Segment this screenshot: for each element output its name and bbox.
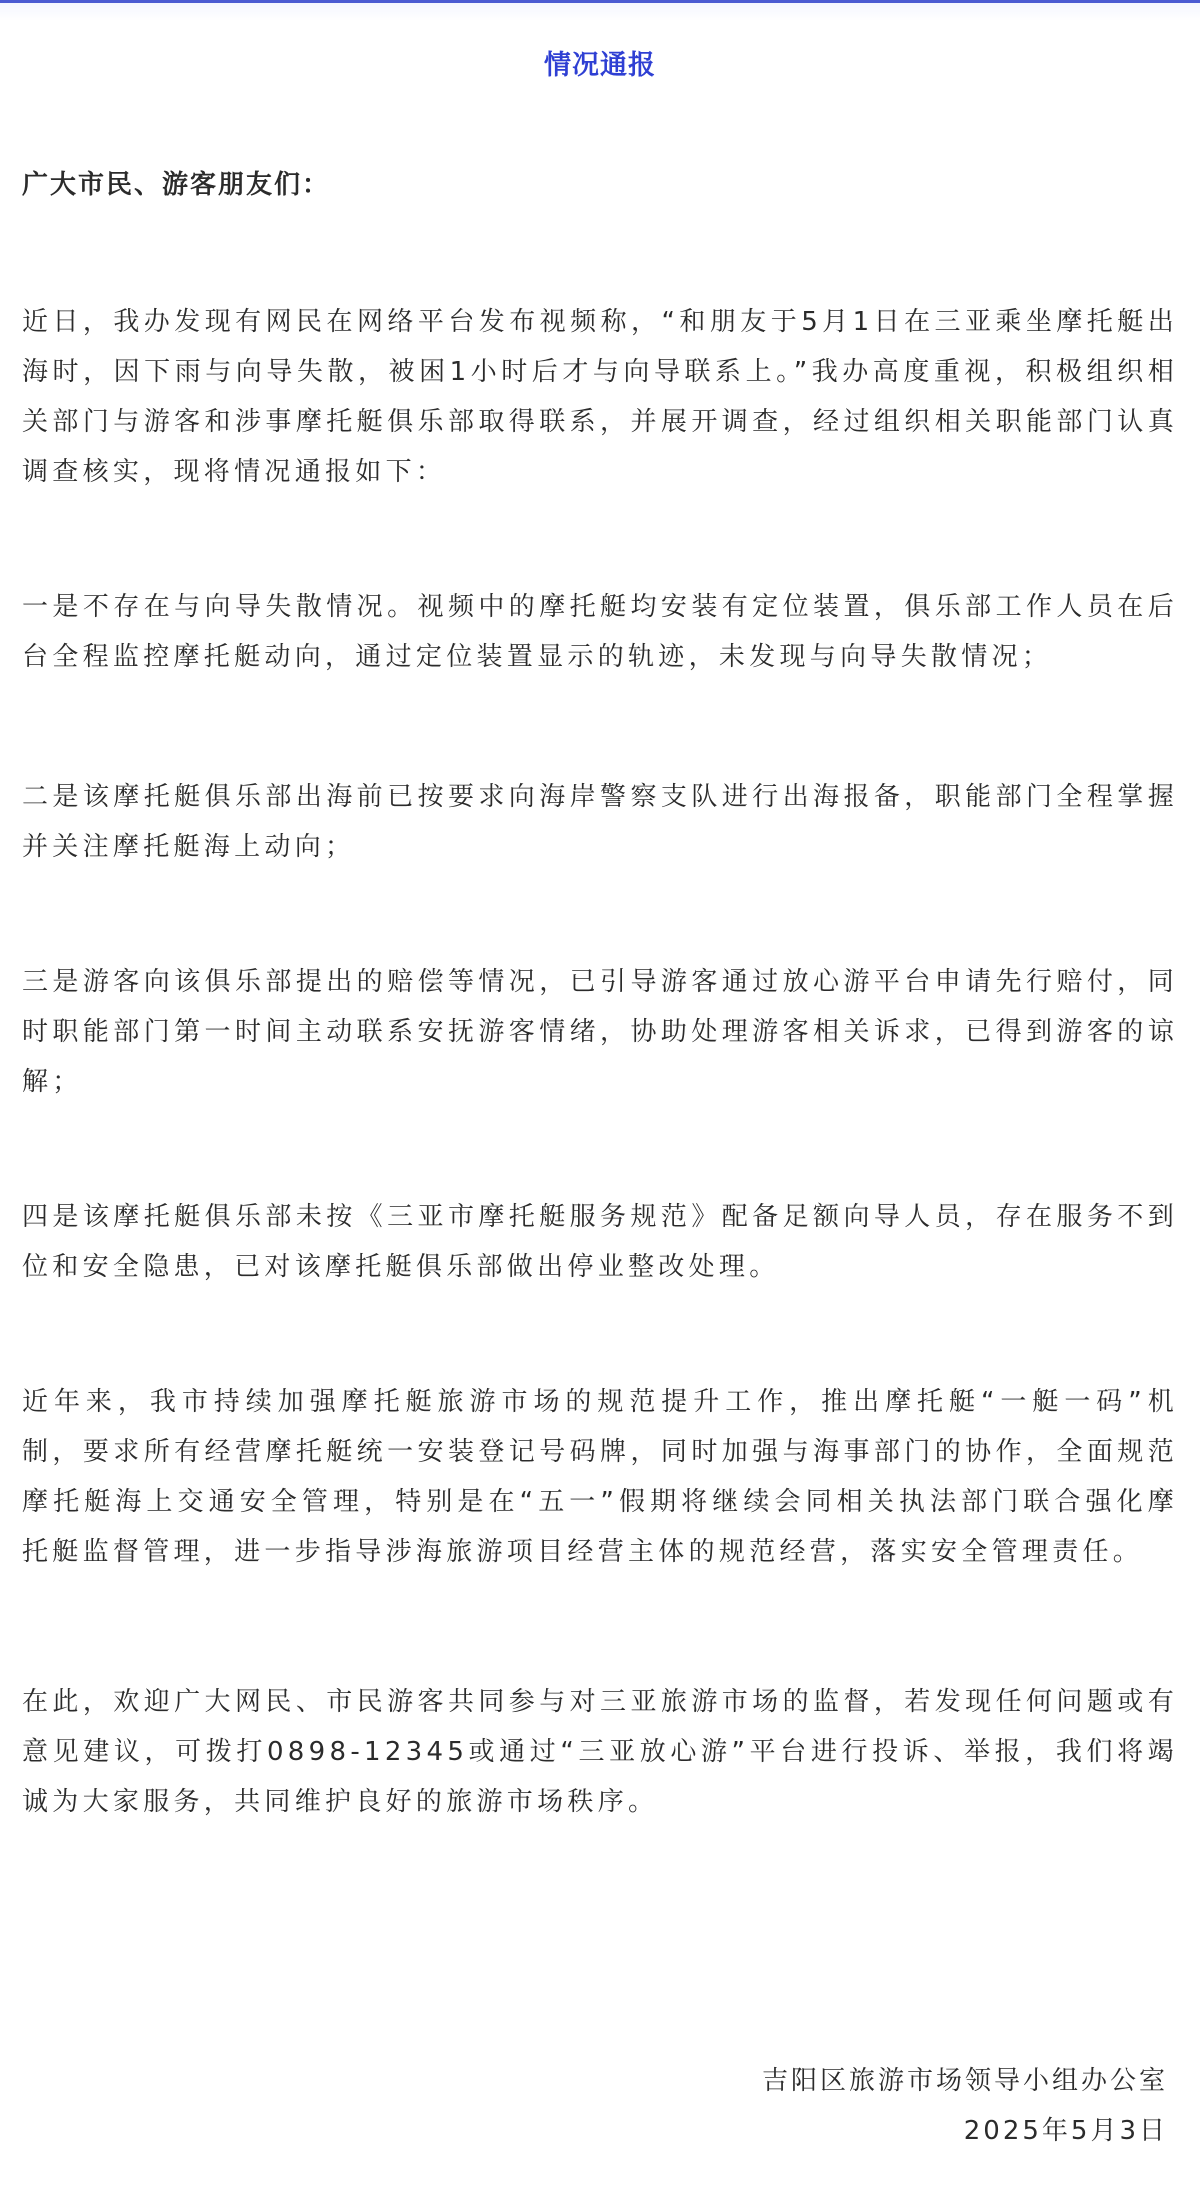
document-body: 广大市民、游客朋友们： 近日，我办发现有网民在网络平台发布视频称，“和朋友于5月…	[22, 160, 1178, 1827]
paragraph-point-3: 三是游客向该俱乐部提出的赔偿等情况，已引导游客通过放心游平台申请先行赔付，同时职…	[22, 957, 1178, 1107]
paragraph-point-4: 四是该摩托艇俱乐部未按《三亚市摩托艇服务规范》配备足额向导人员，存在服务不到位和…	[22, 1192, 1178, 1292]
paragraph-appeal: 在此，欢迎广大网民、市民游客共同参与对三亚旅游市场的监督，若发现任何问题或有意见…	[22, 1677, 1178, 1827]
issue-date: 2025年5月3日	[762, 2106, 1168, 2156]
paragraph-point-2: 二是该摩托艇俱乐部出海前已按要求向海岸警察支队进行出海报备，职能部门全程掌握并关…	[22, 772, 1178, 872]
page-title: 情况通报	[0, 46, 1200, 86]
paragraph-intro: 近日，我办发现有网民在网络平台发布视频称，“和朋友于5月1日在三亚乘坐摩托艇出海…	[22, 297, 1178, 497]
greeting: 广大市民、游客朋友们：	[22, 160, 1178, 210]
signature-block: 吉阳区旅游市场领导小组办公室 2025年5月3日	[762, 2056, 1168, 2156]
paragraph-point-1: 一是不存在与向导失散情况。视频中的摩托艇均安装有定位装置，俱乐部工作人员在后台全…	[22, 582, 1178, 682]
paragraph-measures: 近年来，我市持续加强摩托艇旅游市场的规范提升工作，推出摩托艇“一艇一码”机制，要…	[22, 1377, 1178, 1577]
top-fade	[0, 3, 1200, 21]
issuer-name: 吉阳区旅游市场领导小组办公室	[762, 2056, 1168, 2106]
